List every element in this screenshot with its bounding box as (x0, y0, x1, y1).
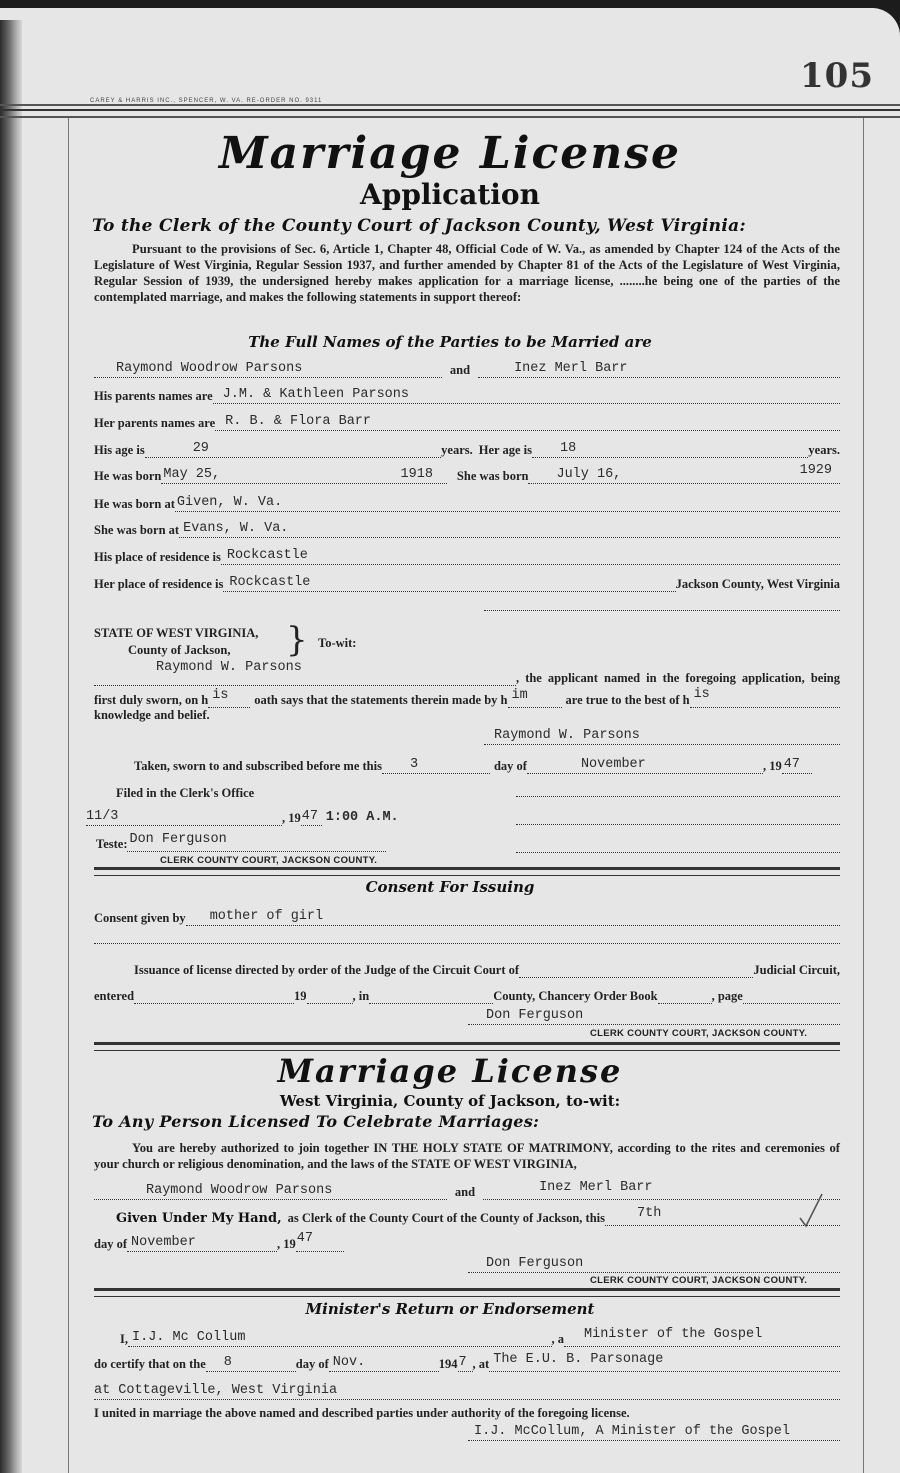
page-field[interactable] (743, 987, 840, 1004)
she-born-date: July 16, (556, 467, 621, 482)
consent-heading: Consent For Issuing (0, 878, 900, 896)
bride-name-field[interactable]: Inez Merl Barr (478, 361, 840, 378)
checkmark-icon (796, 1192, 826, 1232)
at-label: , at (473, 1357, 490, 1372)
minister-name-field[interactable]: I.J. Mc Collum (128, 1330, 552, 1347)
county-field[interactable] (369, 987, 493, 1004)
teste-label: Teste: (96, 837, 127, 852)
filing-year-field[interactable]: 47 (301, 809, 322, 826)
ages-row: His age is 29 years. Her age is 18 years… (94, 438, 840, 458)
she-born-label: She was born (457, 469, 529, 484)
minister-signature-field[interactable]: I.J. McCollum, A Minister of the Gospel (468, 1424, 840, 1441)
given-row: Given Under My Hand, as Clerk of the Cou… (116, 1206, 840, 1226)
certify-row: do certify that on the 8 day of Nov. 194… (94, 1352, 840, 1372)
license-clerk-title: CLERK COUNTY COURT, JACKSON COUNTY. (590, 1275, 807, 1286)
his-residence-row: His place of residence is Rockcastle (94, 545, 840, 565)
and-label: and (450, 363, 470, 378)
oath-year-field[interactable]: 47 (782, 757, 812, 774)
ceremony-day-field[interactable]: 8 (206, 1355, 296, 1372)
entered-row: entered 19 , in County, Chancery Order B… (94, 984, 840, 1004)
sworn-text-3: are true to the best of h (566, 693, 690, 708)
applicant-field[interactable]: Raymond W. Parsons (94, 663, 516, 686)
taken-row: Taken, sworn to and subscribed before me… (134, 754, 804, 774)
license-clerk-field[interactable]: Don Ferguson (468, 1256, 840, 1273)
sworn-text-2: oath says that the statements therein ma… (254, 693, 507, 708)
printer-imprint: CAREY & HARRIS INC., SPENCER, W. VA. RE-… (90, 98, 322, 104)
application-preamble: Pursuant to the provisions of Sec. 6, Ar… (94, 241, 840, 305)
license-salutation: To Any Person Licensed To Celebrate Marr… (92, 1112, 539, 1131)
teste-clerk-field[interactable]: Don Ferguson (127, 835, 386, 852)
applicant-signature: Raymond W. Parsons (494, 728, 640, 743)
her-age-field[interactable]: 18 (532, 441, 808, 458)
his-field-2[interactable]: is (690, 691, 840, 708)
knowledge-label: knowledge and belief. (94, 708, 210, 723)
filing-right-line-1[interactable] (516, 784, 840, 797)
her-parents-field[interactable]: R. B. & Flora Barr (215, 414, 840, 431)
application-salutation: To the Clerk of the County Court of Jack… (92, 216, 746, 236)
his-age-field[interactable]: 29 (145, 441, 441, 458)
application-subtitle: Application (0, 178, 900, 211)
applicant-signature-field[interactable]: Raymond W. Parsons (484, 728, 840, 745)
given-text: as Clerk of the County Court of the Coun… (288, 1211, 605, 1226)
license-year-field[interactable]: 47 (296, 1235, 344, 1252)
circuit-court-field[interactable] (519, 961, 753, 978)
extra-residence-line[interactable] (484, 598, 840, 611)
state-label: STATE OF WEST VIRGINIA, (94, 626, 258, 641)
license-groom-field[interactable]: Raymond Woodrow Parsons (94, 1183, 447, 1200)
she-born-at-field[interactable]: Evans, W. Va. (179, 521, 840, 538)
entered-date-field[interactable] (134, 987, 294, 1004)
he-born-label: He was born (94, 469, 161, 484)
entered-19-label: 19 (294, 989, 307, 1004)
his-parents-field[interactable]: J.M. & Kathleen Parsons (213, 387, 840, 404)
certify-label: do certify that on the (94, 1357, 206, 1372)
in-label: , in (353, 989, 370, 1004)
minister-signature: I.J. McCollum, A Minister of the Gospel (474, 1424, 790, 1439)
book-binding (0, 20, 22, 1473)
her-parents-label: Her parents names are (94, 416, 215, 431)
brace-icon: } (286, 620, 308, 660)
her-residence-suffix: Jackson County, West Virginia (676, 577, 840, 592)
top-border-rule (0, 104, 900, 118)
his-age-label: His age is (94, 443, 145, 458)
license-year-prefix: , 19 (277, 1237, 296, 1252)
his-parents-label: His parents names are (94, 389, 213, 404)
parties-names-row: Raymond Woodrow Parsons and Inez Merl Ba… (94, 358, 840, 378)
oath-month-field[interactable]: November (527, 757, 763, 774)
day-of-label: day of (494, 759, 527, 774)
groom-name-field[interactable]: Raymond Woodrow Parsons (94, 361, 442, 378)
he-born-date-field[interactable]: May 25, 1918 (161, 467, 447, 484)
applicant-row: Raymond W. Parsons , the applicant named… (94, 662, 840, 686)
sworn-row: first duly sworn, on h is oath says that… (94, 688, 840, 708)
application-title: Marriage License (0, 128, 900, 179)
license-body-text: You are hereby authorized to join togeth… (94, 1141, 840, 1171)
license-title: Marriage License (0, 1052, 900, 1090)
i-label: I, (120, 1332, 128, 1347)
she-born-year: 1929 (800, 463, 832, 479)
page-label: , page (712, 989, 743, 1004)
county-label: County of Jackson, (128, 643, 230, 658)
his-residence-label: His place of residence is (94, 550, 221, 565)
he-born-at-row: He was born at Given, W. Va. (94, 492, 840, 512)
he-born-year: 1918 (401, 467, 433, 483)
minister-name-row: I, I.J. Mc Collum , a Minister of the Go… (120, 1327, 840, 1347)
consent-clerk: Don Ferguson (486, 1008, 583, 1023)
filing-right-line-3[interactable] (516, 840, 840, 853)
parties-heading: The Full Names of the Parties to be Marr… (0, 333, 900, 351)
license-parties-row: Raymond Woodrow Parsons and Inez Merl Ba… (94, 1180, 840, 1200)
preamble-text: Pursuant to the provisions of Sec. 6, Ar… (94, 242, 840, 304)
entered-label: entered (94, 989, 134, 1004)
minister-heading: Minister's Return or Endorsement (0, 1300, 900, 1318)
minister-title-field[interactable]: Minister of the Gospel (564, 1330, 840, 1347)
license-month-field[interactable]: November (127, 1235, 277, 1252)
license-body: You are hereby authorized to join togeth… (94, 1140, 840, 1172)
consent-extra-line[interactable] (94, 931, 840, 944)
section-divider-3 (94, 1288, 840, 1297)
judicial-circuit-label: Judicial Circuit, (753, 963, 840, 978)
consent-given-label: Consent given by (94, 911, 186, 926)
filing-date-field[interactable]: 11/3 (86, 809, 282, 826)
her-residence-field[interactable]: Rockcastle (223, 575, 675, 592)
ceremony-place-field[interactable]: The E.U. B. Parsonage (489, 1355, 840, 1372)
him-field[interactable]: im (508, 691, 562, 708)
united-text: I united in marriage the above named and… (94, 1406, 630, 1421)
page-number: 105 (800, 56, 874, 96)
book-field[interactable] (658, 987, 712, 1004)
sworn-text-1: first duly sworn, on h (94, 693, 208, 708)
chancery-label: County, Chancery Order Book (493, 989, 657, 1004)
license-bride-field[interactable]: Inez Merl Barr (483, 1183, 840, 1200)
filing-date-row: 11/3 , 19 47 1:00 A.M. (86, 806, 426, 826)
she-born-at-label: She was born at (94, 523, 179, 538)
ceremony-year-prefix: 194 (439, 1357, 458, 1372)
her-residence-label: Her place of residence is (94, 577, 223, 592)
filing-clerk-title: CLERK COUNTY COURT, JACKSON COUNTY. (160, 855, 377, 866)
place-2-row: at Cottageville, West Virginia (94, 1380, 840, 1400)
year-prefix: , 19 (763, 759, 782, 774)
her-years-label: years. (808, 443, 840, 458)
section-divider (94, 867, 840, 876)
issuance-row: Issuance of license directed by order of… (134, 958, 840, 978)
license-subtitle: West Virginia, County of Jackson, to-wit… (0, 1092, 900, 1110)
he-born-at-field[interactable]: Given, W. Va. (175, 495, 840, 512)
entered-year-field[interactable] (307, 987, 353, 1004)
his-years-label: years. (441, 443, 473, 458)
consent-given-row: Consent given by mother of girl (94, 906, 840, 926)
her-age-label: Her age is (479, 443, 532, 458)
ceremony-year-field[interactable]: 7 (458, 1355, 473, 1372)
her-parents-row: Her parents names are R. B. & Flora Barr (94, 411, 840, 431)
consent-clerk-title: CLERK COUNTY COURT, JACKSON COUNTY. (590, 1028, 807, 1039)
license-and-label: and (455, 1185, 475, 1200)
consent-given-field[interactable]: mother of girl (186, 909, 840, 926)
consent-clerk-field[interactable]: Don Ferguson (468, 1008, 840, 1025)
her-residence-row: Her place of residence is Rockcastle Jac… (94, 572, 840, 592)
ceremony-month-field[interactable]: Nov. (329, 1355, 439, 1372)
his-parents-row: His parents names are J.M. & Kathleen Pa… (94, 384, 840, 404)
filing-right-line-2[interactable] (516, 812, 840, 825)
his-field-1[interactable]: is (208, 691, 250, 708)
license-day-of-label: day of (94, 1237, 127, 1252)
she-born-date-field[interactable]: July 16, 1929 (528, 467, 840, 484)
ceremony-day-of-label: day of (296, 1357, 329, 1372)
taken-label: Taken, sworn to and subscribed before me… (134, 759, 382, 774)
applicant-suffix: , the applicant named in the foregoing a… (516, 671, 840, 686)
filing-time: 1:00 A.M. (326, 810, 399, 826)
section-divider-2 (94, 1042, 840, 1051)
issuance-text: Issuance of license directed by order of… (134, 963, 519, 978)
to-wit-label: To-wit: (318, 636, 356, 651)
his-residence-field[interactable]: Rockcastle (221, 548, 840, 565)
filed-label: Filed in the Clerk's Office (116, 786, 254, 801)
filing-year-prefix: , 19 (282, 811, 301, 826)
license-month-row: day of November , 19 47 (94, 1232, 344, 1252)
license-clerk: Don Ferguson (486, 1256, 583, 1271)
a-label: , a (552, 1332, 565, 1347)
oath-day-field[interactable]: 3 (382, 757, 490, 774)
teste-row: Teste: Don Ferguson (96, 832, 386, 852)
ceremony-place-2-field[interactable]: at Cottageville, West Virginia (94, 1383, 840, 1400)
he-born-at-label: He was born at (94, 497, 175, 512)
birthdates-row: He was born May 25, 1918 She was born Ju… (94, 464, 840, 484)
she-born-at-row: She was born at Evans, W. Va. (94, 518, 840, 538)
given-under-hand-label: Given Under My Hand, (116, 1211, 282, 1226)
he-born-date: May 25, (163, 467, 220, 482)
